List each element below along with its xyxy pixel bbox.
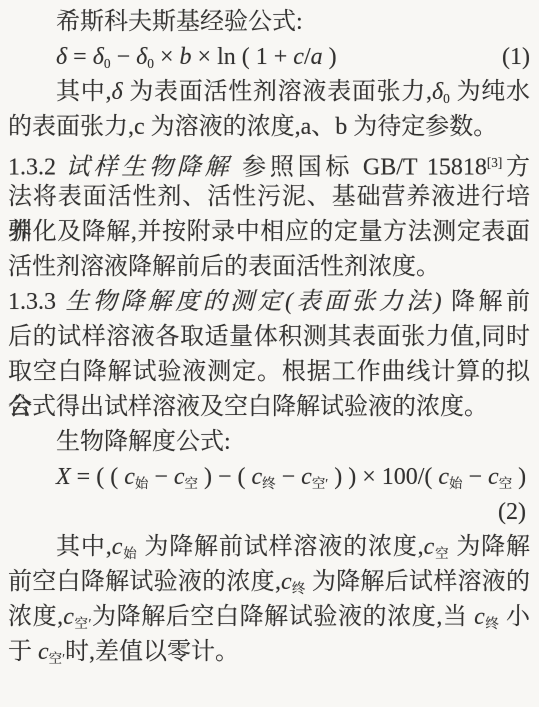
text-run: 为表面活性剂溶液表面张力,: [123, 79, 432, 105]
text-run: 其中,: [56, 79, 111, 105]
equation-number: (1): [502, 40, 530, 75]
subscript: 空′: [49, 651, 65, 666]
text-line: 后的试样溶液各取适量体积测其表面张力值,同时: [8, 320, 530, 355]
math-variable: c: [301, 464, 312, 490]
math-variable: δ: [136, 44, 147, 70]
math-variable: δ: [93, 44, 104, 70]
equation-number: (2): [498, 499, 526, 525]
math-variable: δ: [56, 44, 67, 70]
text-line: 浓度,c空′为降解后空白降解试验液的浓度,当 c终 小: [8, 600, 530, 635]
subscript: 终: [485, 616, 500, 631]
math-variable: c: [112, 534, 123, 560]
formula-line: δ = δ0 − δ0 × b × ln ( 1 + c/a )(1): [8, 40, 530, 75]
math-variable: c: [124, 464, 135, 490]
text-run: 为降解: [449, 534, 530, 560]
formula-body: X = ( ( c始 − c空 ) − ( c终 − c空′ ) ) × 100…: [8, 460, 526, 501]
math-variable: c: [281, 569, 292, 595]
text-run: −: [276, 464, 302, 490]
text-run: 驯化及降解,并按附录中相应的定量方法测定表面: [8, 219, 530, 245]
text-run: 方: [502, 154, 530, 180]
math-variable: b: [180, 44, 192, 70]
text-run: 公式得出试样溶液及空白降解试验液的浓度。: [8, 394, 488, 420]
subscript: 空′: [74, 616, 92, 631]
math-variable: c: [438, 464, 449, 490]
text-line: 希斯科夫斯基经验公式:: [8, 5, 530, 40]
scanned-paper-page: 希斯科夫斯基经验公式:δ = δ0 − δ0 × b × ln ( 1 + c/…: [0, 0, 539, 707]
text-run: ): [512, 464, 526, 490]
text-run: = ( (: [71, 464, 125, 490]
text-run: 其中,: [56, 534, 112, 560]
text-run: 时,差值以零计。: [65, 639, 239, 665]
math-variable: c: [63, 604, 74, 630]
math-variable: c: [474, 604, 485, 630]
math-variable: δ: [111, 79, 122, 105]
subscript: 始: [449, 476, 462, 491]
math-variable: c: [252, 464, 263, 490]
subscript: 0: [443, 91, 450, 106]
subscript: 0: [147, 56, 154, 71]
subscript: 空: [434, 546, 449, 561]
document-text: 希斯科夫斯基经验公式:δ = δ0 − δ0 × b × ln ( 1 + c/…: [8, 5, 530, 670]
text-line: 取空白降解试验液测定。根据工作曲线计算的拟合: [8, 355, 530, 390]
text-line: 生物降解度公式:: [8, 425, 530, 460]
text-run: 于: [8, 639, 38, 665]
subscript: 始: [122, 546, 137, 561]
text-run: 的表面张力,c 为溶液的浓度,a、b 为待定参数。: [8, 114, 497, 140]
text-run: 为降解前试样溶液的浓度,: [138, 534, 424, 560]
section-heading-kai: 生物降解度的测定(表面张力法): [65, 289, 441, 315]
math-variable: c: [174, 464, 185, 490]
formula-line: X = ( ( c始 − c空 ) − ( c终 − c空′ ) ) × 100…: [8, 460, 530, 495]
subscript: 空′: [312, 476, 328, 491]
text-run: 浓度,: [8, 604, 63, 630]
text-run: ×: [154, 44, 180, 70]
text-run: 生物降解度公式:: [56, 429, 231, 455]
text-line: 前空白降解试验液的浓度,c终 为降解后试样溶液的: [8, 565, 530, 600]
text-line: 法将表面活性剂、活性污泥、基础营养液进行培养、: [8, 180, 530, 215]
text-run: ): [323, 44, 337, 70]
math-variable: a: [311, 44, 323, 70]
text-run: −: [148, 464, 174, 490]
text-run: 参照国标 GB/T 15818: [232, 154, 487, 180]
math-variable: c: [38, 639, 49, 665]
text-run: 1.3.3: [8, 289, 65, 315]
subscript: 始: [135, 476, 148, 491]
text-run: × ln ( 1 +: [192, 44, 294, 70]
text-run: 1.3.2: [8, 154, 66, 180]
text-line: 1.3.3 生物降解度的测定(表面张力法) 降解前: [8, 285, 530, 320]
math-variable: X: [56, 464, 71, 490]
subscript: 空: [185, 476, 198, 491]
subscript: 终: [292, 581, 306, 596]
text-line: 的表面张力,c 为溶液的浓度,a、b 为待定参数。: [8, 110, 530, 145]
text-run: 希斯科夫斯基经验公式:: [56, 9, 303, 35]
text-line: 1.3.2 试样生物降解 参照国标 GB/T 15818[3]方: [8, 145, 530, 180]
math-variable: c: [424, 534, 435, 560]
text-run: 后的试样溶液各取适量体积测其表面张力值,同时: [8, 324, 530, 350]
text-run: 为降解后试样溶液的: [306, 569, 530, 595]
text-run: ) − (: [198, 464, 252, 490]
text-run: −: [111, 44, 137, 70]
text-run: 为降解后空白降解试验液的浓度,当: [91, 604, 474, 630]
math-variable: c: [293, 44, 304, 70]
text-run: ) ) × 100/(: [328, 464, 438, 490]
text-run: 为纯水: [450, 79, 530, 105]
section-heading-kai: 试样生物降解: [66, 154, 233, 180]
citation-superscript: [3]: [487, 155, 502, 170]
text-run: 前空白降解试验液的浓度,: [8, 569, 281, 595]
math-variable: c: [488, 464, 499, 490]
text-run: 活性剂溶液降解前后的表面活性剂浓度。: [8, 254, 440, 280]
text-line: 驯化及降解,并按附录中相应的定量方法测定表面: [8, 215, 530, 250]
text-line: 其中,δ 为表面活性剂溶液表面张力,δ0 为纯水: [8, 75, 530, 110]
text-line: 公式得出试样溶液及空白降解试验液的浓度。: [8, 390, 530, 425]
subscript: 0: [104, 56, 111, 71]
subscript: 空: [499, 476, 512, 491]
text-run: 小: [499, 604, 530, 630]
text-line: 于 c空′时,差值以零计。: [8, 635, 530, 670]
text-line: 活性剂溶液降解前后的表面活性剂浓度。: [8, 250, 530, 285]
math-variable: δ: [432, 79, 443, 105]
text-run: =: [67, 44, 93, 70]
text-run: 降解前: [442, 289, 530, 315]
text-line: 其中,c始 为降解前试样溶液的浓度,c空 为降解: [8, 530, 530, 565]
subscript: 终: [262, 476, 275, 491]
text-run: −: [463, 464, 489, 490]
text-run: /: [304, 44, 311, 70]
